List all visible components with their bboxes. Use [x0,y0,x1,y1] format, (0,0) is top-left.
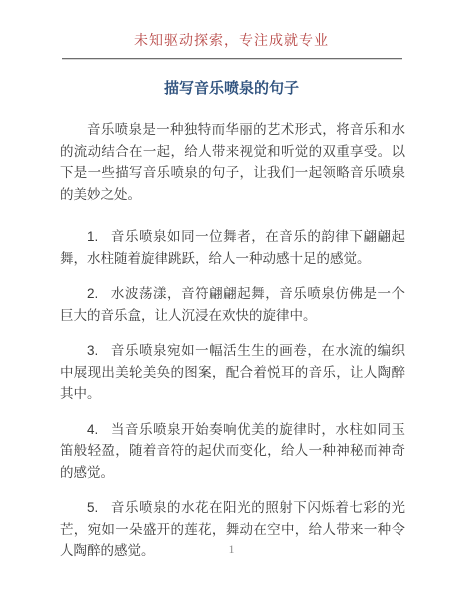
page-number: 1 [229,542,235,556]
list-item-number: 1. [87,229,110,244]
intro-paragraph: 音乐喷泉是一种独特而华丽的艺术形式，将音乐和水的流动结合在一起，给人带来视觉和听… [60,119,405,205]
document-body: 音乐喷泉是一种独特而华丽的艺术形式，将音乐和水的流动结合在一起，给人带来视觉和听… [0,119,463,562]
page-footer: 1 [0,540,463,558]
list-item-number: 3. [87,343,110,358]
list-item: 3.音乐喷泉宛如一幅活生生的画卷，在水流的编织中展现出美轮美奂的图案，配合着悦耳… [60,340,405,405]
list-item: 1.音乐喷泉如同一位舞者，在音乐的韵律下翩翩起舞，水柱随着旋律跳跃，给人一种动感… [60,226,405,269]
list-item-number: 2. [87,286,110,301]
header-slogan-text: 未知驱动探索，专注成就专业 [134,34,329,49]
list-item-text: 水波荡漾，音符翩翩起舞，音乐喷泉仿佛是一个巨大的音乐盒，让人沉浸在欢快的旋律中。 [60,286,405,323]
list-item: 4.当音乐喷泉开始奏响优美的旋律时，水柱如同玉笛般轻盈，随着音符的起伏而变化，给… [60,419,405,484]
header-divider-line [62,58,402,60]
list-item-text: 音乐喷泉如同一位舞者，在音乐的韵律下翩翩起舞，水柱随着旋律跳跃，给人一种动感十足… [60,229,405,266]
list-item: 2.水波荡漾，音符翩翩起舞，音乐喷泉仿佛是一个巨大的音乐盒，让人沉浸在欢快的旋律… [60,283,405,326]
list-item-text: 音乐喷泉宛如一幅活生生的画卷，在水流的编织中展现出美轮美奂的图案，配合着悦耳的音… [60,343,405,401]
document-page: 未知驱动探索，专注成就专业 描写音乐喷泉的句子 音乐喷泉是一种独特而华丽的艺术形… [0,0,463,600]
list-item-number: 5. [87,500,110,515]
page-header: 未知驱动探索，专注成就专业 [0,0,463,60]
list-item-text: 当音乐喷泉开始奏响优美的旋律时，水柱如同玉笛般轻盈，随着音符的起伏而变化，给人一… [60,422,405,480]
document-title: 描写音乐喷泉的句子 [0,77,463,98]
list-item-number: 4. [87,422,110,437]
